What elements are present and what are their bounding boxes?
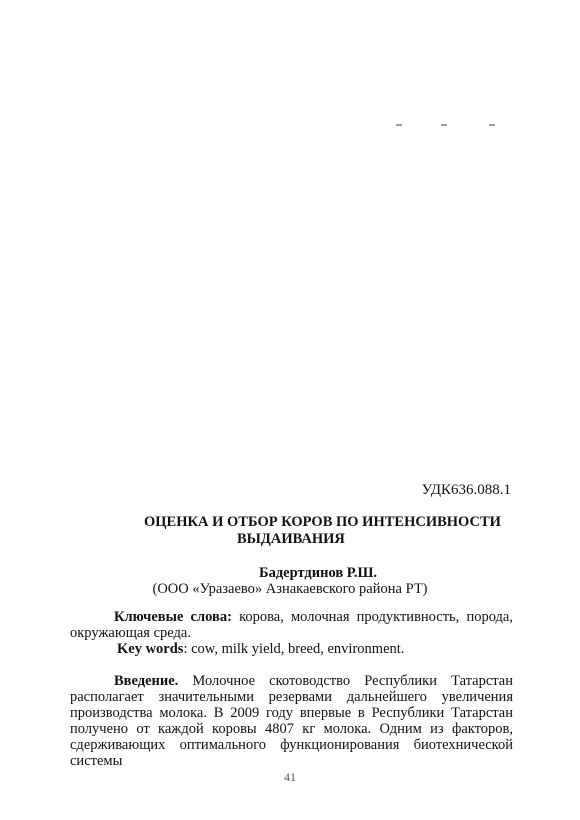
keywords-section: Ключевые слова: корова, молочная продукт… — [70, 609, 513, 657]
author-block: Бадертдинов Р.Ш. (ООО «Уразаево» Азнакае… — [0, 565, 580, 597]
keywords-ru-label: Ключевые слова: — [114, 609, 232, 625]
udk-code: УДК636.088.1 — [422, 482, 511, 498]
introduction-section: Введение. Молочное скотоводство Республи… — [70, 673, 513, 769]
page-number: 41 — [0, 770, 580, 785]
author-affiliation: (ООО «Уразаево» Азнакаевского района РТ) — [0, 581, 580, 597]
article-title-line-1: ОЦЕНКА И ОТБОР КОРОВ ПО ИНТЕНСИВНОСТИ — [144, 514, 501, 530]
keywords-en: Key words: cow, milk yield, breed, envir… — [70, 641, 513, 657]
article-title: ОЦЕНКА И ОТБОР КОРОВ ПО ИНТЕНСИВНОСТИ ВЫ… — [144, 514, 501, 547]
header-dash-mark — [396, 124, 402, 126]
introduction-paragraph: Введение. Молочное скотоводство Республи… — [70, 673, 513, 769]
keywords-en-label: Key words — [117, 641, 183, 657]
author-name: Бадертдинов Р.Ш. — [0, 565, 580, 581]
introduction-label: Введение. — [114, 673, 178, 689]
header-dash-mark — [489, 124, 495, 126]
keywords-en-text: : cow, milk yield, breed, environment. — [183, 641, 404, 657]
header-dash-mark — [441, 124, 447, 126]
article-title-line-2: ВЫДАИВАНИЯ — [144, 531, 501, 548]
document-page: УДК636.088.1 ОЦЕНКА И ОТБОР КОРОВ ПО ИНТ… — [0, 0, 580, 820]
keywords-ru: Ключевые слова: корова, молочная продукт… — [70, 609, 513, 641]
